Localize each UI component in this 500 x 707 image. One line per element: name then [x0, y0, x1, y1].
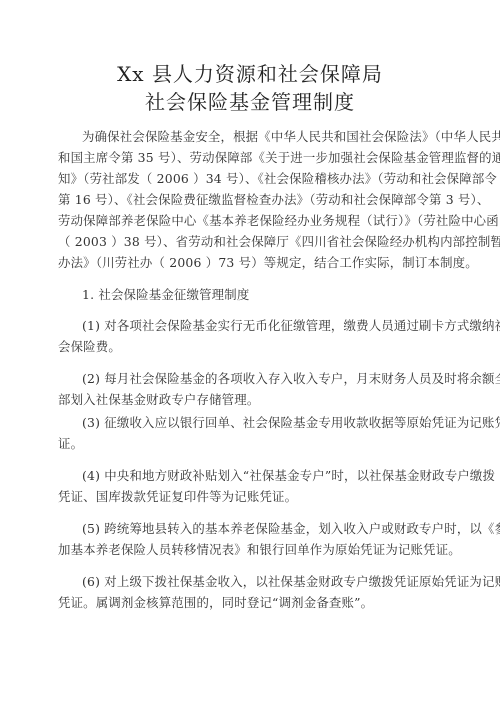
item-line: (3) 征缴收入应以银行回单、社会保险基金专用收款收据等原始凭证为记账凭 — [82, 413, 500, 431]
item-line: 凭证。属调剂金核算范围的，同时登记“调剂金备查账”。 — [58, 593, 373, 611]
item-line: 凭证、国库拨款凭证复印件等为记账凭证。 — [58, 487, 297, 505]
document-title-org: Xx 县人力资源和社会保障局 — [0, 58, 500, 87]
intro-line: （ 2003 ）38 号）、省劳动和社会保障厅《四川省社会保险经办机构内部控制暂… — [58, 232, 500, 250]
item-line: 证。 — [58, 434, 83, 452]
intro-line: 第 16 号）、《社会保险费征缴监督检查办法》（劳动和社会保障部令第 3 号）、 — [58, 190, 490, 208]
section-heading: 1. 社会保险基金征缴管理制度 — [82, 285, 249, 303]
intro-line: 办法》（川劳社办（ 2006 ）73 号）等规定，结合工作实际，制订本制度。 — [58, 253, 478, 271]
document-title-main: 社会保险基金管理制度 — [0, 86, 500, 115]
item-line: (5) 跨统筹地县转入的基本养老保险基金，划入收入户或财政专户时，以《参 — [82, 519, 500, 537]
item-line: (2) 每月社会保险基金的各项收入存入收入专户，月末财务人员及时将余额全 — [82, 369, 500, 387]
item-line: (6) 对上级下拨社保基金收入，以社保基金财政专户缴拨凭证原始凭证为记账 — [82, 572, 500, 590]
intro-line: 和国主席令第 35 号）、劳动保障部《关于进一步加强社会保险基金管理监督的通 — [58, 148, 500, 166]
intro-line: 知》（劳社部发（ 2006 ）34 号）、《社会保险稽核办法》（劳动和社会保障部… — [58, 169, 497, 187]
item-line: 加基本养老保险人员转移情况表》和银行回单作为原始凭证为记账凭证。 — [58, 540, 461, 558]
item-line: (1) 对各项社会保险基金实行无币化征缴管理，缴费人员通过刷卡方式缴纳社 — [82, 316, 500, 334]
item-line: 部划入社保基金财政专户存储管理。 — [58, 390, 259, 408]
document-page: Xx 县人力资源和社会保障局 社会保险基金管理制度 为确保社会保险基金安全，根据… — [0, 0, 500, 707]
item-line: 会保险费。 — [58, 337, 121, 355]
item-line: (4) 中央和地方财政补贴划入“社保基金专户”时，以社保基金财政专户缴拨 — [82, 466, 495, 484]
intro-line: 为确保社会保险基金安全，根据《中华人民共和国社会保险法》（中华人民共 — [82, 127, 500, 145]
intro-line: 劳动保障部养老保险中心《基本养老保险经办业务规程（试行）》（劳社险中心函 — [58, 211, 499, 229]
